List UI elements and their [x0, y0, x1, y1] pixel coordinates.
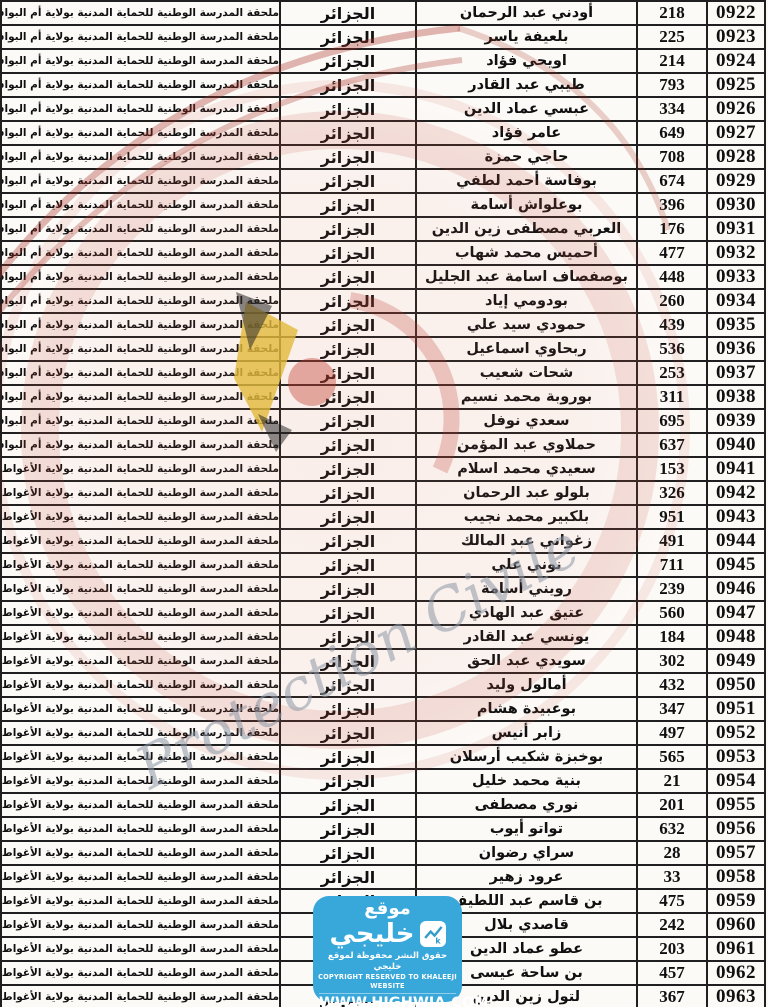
cell-school-annex: ملحقة المدرسة الوطنية للحماية المدنية بو… — [1, 553, 280, 577]
table-row: 0936 536 ربحاوي اسماعيل الجزائر ملحقة ال… — [1, 337, 765, 361]
cell-school-annex: ملحقة المدرسة الوطنية للحماية المدنية بو… — [1, 889, 280, 913]
table-row: 0956 632 تواتو أيوب الجزائر ملحقة المدرس… — [1, 817, 765, 841]
table-row: 0925 793 طيبي عبد القادر الجزائر ملحقة ا… — [1, 73, 765, 97]
khaleeji-watermark-badge: موقع خليجي k حقوق النشر محفوظة لموقع خلي… — [313, 896, 462, 1002]
cell-country: الجزائر — [280, 289, 416, 313]
cell-country: الجزائر — [280, 577, 416, 601]
cell-registration-id: 0956 — [707, 817, 765, 841]
cell-number: 637 — [637, 433, 707, 457]
cell-school-annex: ملحقة المدرسة الوطنية للحماية المدنية بو… — [1, 385, 280, 409]
cell-school-annex: ملحقة المدرسة الوطنية للحماية المدنية بو… — [1, 457, 280, 481]
cell-candidate-name: عبسي عماد الدين — [416, 97, 637, 121]
cell-candidate-name: بلكبير محمد نجيب — [416, 505, 637, 529]
table-row: 0955 201 نوري مصطفى الجزائر ملحقة المدرس… — [1, 793, 765, 817]
cell-registration-id: 0923 — [707, 25, 765, 49]
cell-number: 708 — [637, 145, 707, 169]
cell-country: الجزائر — [280, 49, 416, 73]
cell-country: الجزائر — [280, 313, 416, 337]
cell-country: الجزائر — [280, 97, 416, 121]
table-row: 0924 214 اويحي فؤاد الجزائر ملحقة المدرس… — [1, 49, 765, 73]
cell-registration-id: 0932 — [707, 241, 765, 265]
table-row: 0928 708 حاجي حمزة الجزائر ملحقة المدرسة… — [1, 145, 765, 169]
khaleeji-logo-icon: k — [420, 921, 446, 947]
cell-registration-id: 0931 — [707, 217, 765, 241]
cell-number: 367 — [637, 985, 707, 1007]
cell-registration-id: 0936 — [707, 337, 765, 361]
badge-site-label: موقع — [364, 899, 411, 919]
cell-candidate-name: نوري مصطفى — [416, 793, 637, 817]
cell-registration-id: 0959 — [707, 889, 765, 913]
table-row: 0935 439 حمودي سيد علي الجزائر ملحقة الم… — [1, 313, 765, 337]
results-table-body: 0922 218 أودني عبد الرحمان الجزائر ملحقة… — [1, 1, 765, 1007]
cell-candidate-name: عرود زهير — [416, 865, 637, 889]
cell-candidate-name: بوخبزة شكيب أرسلان — [416, 745, 637, 769]
cell-number: 176 — [637, 217, 707, 241]
cell-number: 302 — [637, 649, 707, 673]
cell-registration-id: 0947 — [707, 601, 765, 625]
cell-school-annex: ملحقة المدرسة الوطنية للحماية المدنية بو… — [1, 409, 280, 433]
table-row: 0948 184 يونسي عبد القادر الجزائر ملحقة … — [1, 625, 765, 649]
cell-country: الجزائر — [280, 241, 416, 265]
cell-candidate-name: عامر فؤاد — [416, 121, 637, 145]
cell-registration-id: 0924 — [707, 49, 765, 73]
cell-number: 565 — [637, 745, 707, 769]
cell-school-annex: ملحقة المدرسة الوطنية للحماية المدنية بو… — [1, 145, 280, 169]
cell-school-annex: ملحقة المدرسة الوطنية للحماية المدنية بو… — [1, 673, 280, 697]
cell-candidate-name: بنية محمد خليل — [416, 769, 637, 793]
results-table: 0922 218 أودني عبد الرحمان الجزائر ملحقة… — [0, 0, 766, 1007]
cell-country: الجزائر — [280, 649, 416, 673]
cell-candidate-name: بوعبيدة هشام — [416, 697, 637, 721]
table-row: 0949 302 سويدي عبد الحق الجزائر ملحقة ال… — [1, 649, 765, 673]
cell-candidate-name: بودومي إياد — [416, 289, 637, 313]
cell-school-annex: ملحقة المدرسة الوطنية للحماية المدنية بو… — [1, 49, 280, 73]
cell-registration-id: 0937 — [707, 361, 765, 385]
cell-number: 457 — [637, 961, 707, 985]
cell-school-annex: ملحقة المدرسة الوطنية للحماية المدنية بو… — [1, 1, 280, 25]
cell-candidate-name: زغواني عبد المالك — [416, 529, 637, 553]
cell-registration-id: 0946 — [707, 577, 765, 601]
cell-candidate-name: رويني أسامة — [416, 577, 637, 601]
cell-registration-id: 0933 — [707, 265, 765, 289]
table-row: 0939 695 سعدي نوفل الجزائر ملحقة المدرسة… — [1, 409, 765, 433]
cell-country: الجزائر — [280, 697, 416, 721]
cell-country: الجزائر — [280, 625, 416, 649]
cell-candidate-name: بلولو عبد الرحمان — [416, 481, 637, 505]
table-row: 0929 674 بوفاسة أحمد لطفي الجزائر ملحقة … — [1, 169, 765, 193]
cell-country: الجزائر — [280, 457, 416, 481]
cell-registration-id: 0954 — [707, 769, 765, 793]
cell-country: الجزائر — [280, 25, 416, 49]
cell-candidate-name: سعدي نوفل — [416, 409, 637, 433]
cell-candidate-name: أودني عبد الرحمان — [416, 1, 637, 25]
cell-school-annex: ملحقة المدرسة الوطنية للحماية المدنية بو… — [1, 241, 280, 265]
cell-registration-id: 0926 — [707, 97, 765, 121]
cell-school-annex: ملحقة المدرسة الوطنية للحماية المدنية بو… — [1, 217, 280, 241]
cell-school-annex: ملحقة المدرسة الوطنية للحماية المدنية بو… — [1, 337, 280, 361]
cell-candidate-name: سعيدي محمد اسلام — [416, 457, 637, 481]
cell-country: الجزائر — [280, 553, 416, 577]
cell-school-annex: ملحقة المدرسة الوطنية للحماية المدنية بو… — [1, 817, 280, 841]
badge-rights-arabic: حقوق النشر محفوظة لموقع خليجي — [313, 951, 462, 973]
cell-country: الجزائر — [280, 217, 416, 241]
cell-registration-id: 0950 — [707, 673, 765, 697]
cell-number: 260 — [637, 289, 707, 313]
cell-candidate-name: أحميس محمد شهاب — [416, 241, 637, 265]
cell-school-annex: ملحقة المدرسة الوطنية للحماية المدنية بو… — [1, 913, 280, 937]
cell-number: 33 — [637, 865, 707, 889]
cell-country: الجزائر — [280, 481, 416, 505]
cell-candidate-name: بوصفصاف اسامة عبد الجليل — [416, 265, 637, 289]
cell-registration-id: 0963 — [707, 985, 765, 1007]
table-row: 0954 21 بنية محمد خليل الجزائر ملحقة الم… — [1, 769, 765, 793]
cell-country: الجزائر — [280, 817, 416, 841]
cell-registration-id: 0943 — [707, 505, 765, 529]
cell-country: الجزائر — [280, 337, 416, 361]
cell-country: الجزائر — [280, 505, 416, 529]
cell-registration-id: 0948 — [707, 625, 765, 649]
cell-number: 439 — [637, 313, 707, 337]
table-row: 0937 253 شحات شعيب الجزائر ملحقة المدرسة… — [1, 361, 765, 385]
cell-number: 218 — [637, 1, 707, 25]
cell-number: 184 — [637, 625, 707, 649]
cell-registration-id: 0952 — [707, 721, 765, 745]
table-row: 0942 326 بلولو عبد الرحمان الجزائر ملحقة… — [1, 481, 765, 505]
cell-number: 674 — [637, 169, 707, 193]
cell-registration-id: 0944 — [707, 529, 765, 553]
cell-country: الجزائر — [280, 433, 416, 457]
cell-number: 951 — [637, 505, 707, 529]
cell-school-annex: ملحقة المدرسة الوطنية للحماية المدنية بو… — [1, 97, 280, 121]
cell-number: 334 — [637, 97, 707, 121]
table-row: 0923 225 بلعيفة ياسر الجزائر ملحقة المدر… — [1, 25, 765, 49]
cell-school-annex: ملحقة المدرسة الوطنية للحماية المدنية بو… — [1, 73, 280, 97]
cell-number: 695 — [637, 409, 707, 433]
cell-school-annex: ملحقة المدرسة الوطنية للحماية المدنية بو… — [1, 529, 280, 553]
cell-registration-id: 0958 — [707, 865, 765, 889]
cell-school-annex: ملحقة المدرسة الوطنية للحماية المدنية بو… — [1, 121, 280, 145]
cell-school-annex: ملحقة المدرسة الوطنية للحماية المدنية بو… — [1, 361, 280, 385]
table-row: 0927 649 عامر فؤاد الجزائر ملحقة المدرسة… — [1, 121, 765, 145]
cell-number: 432 — [637, 673, 707, 697]
cell-registration-id: 0939 — [707, 409, 765, 433]
cell-number: 448 — [637, 265, 707, 289]
cell-candidate-name: سراي رضوان — [416, 841, 637, 865]
table-row: 0930 396 بوعلواش أسامة الجزائر ملحقة الم… — [1, 193, 765, 217]
cell-number: 560 — [637, 601, 707, 625]
cell-number: 239 — [637, 577, 707, 601]
badge-main-row: خليجي k — [329, 919, 445, 949]
cell-country: الجزائر — [280, 169, 416, 193]
table-row: 0940 637 حملاوي عبد المؤمن الجزائر ملحقة… — [1, 433, 765, 457]
table-row: 0941 153 سعيدي محمد اسلام الجزائر ملحقة … — [1, 457, 765, 481]
cell-number: 536 — [637, 337, 707, 361]
cell-candidate-name: شحات شعيب — [416, 361, 637, 385]
cell-candidate-name: يونسي عبد القادر — [416, 625, 637, 649]
cell-country: الجزائر — [280, 409, 416, 433]
cell-country: الجزائر — [280, 673, 416, 697]
cell-candidate-name: بوعلواش أسامة — [416, 193, 637, 217]
cell-number: 491 — [637, 529, 707, 553]
cell-registration-id: 0927 — [707, 121, 765, 145]
cell-registration-id: 0930 — [707, 193, 765, 217]
cell-school-annex: ملحقة المدرسة الوطنية للحماية المدنية بو… — [1, 289, 280, 313]
cell-country: الجزائر — [280, 265, 416, 289]
cell-number: 347 — [637, 697, 707, 721]
cell-country: الجزائر — [280, 601, 416, 625]
cell-candidate-name: حملاوي عبد المؤمن — [416, 433, 637, 457]
table-row: 0938 311 بوروبة محمد نسيم الجزائر ملحقة … — [1, 385, 765, 409]
cell-registration-id: 0935 — [707, 313, 765, 337]
table-row: 0926 334 عبسي عماد الدين الجزائر ملحقة ا… — [1, 97, 765, 121]
cell-school-annex: ملحقة المدرسة الوطنية للحماية المدنية بو… — [1, 505, 280, 529]
cell-registration-id: 0951 — [707, 697, 765, 721]
cell-country: الجزائر — [280, 145, 416, 169]
table-row: 0946 239 رويني أسامة الجزائر ملحقة المدر… — [1, 577, 765, 601]
cell-number: 497 — [637, 721, 707, 745]
cell-registration-id: 0929 — [707, 169, 765, 193]
cell-country: الجزائر — [280, 361, 416, 385]
cell-registration-id: 0949 — [707, 649, 765, 673]
cell-number: 21 — [637, 769, 707, 793]
cell-country: الجزائر — [280, 73, 416, 97]
cell-registration-id: 0957 — [707, 841, 765, 865]
cell-registration-id: 0940 — [707, 433, 765, 457]
cell-candidate-name: طيبي عبد القادر — [416, 73, 637, 97]
table-row: 0945 711 نوني علي الجزائر ملحقة المدرسة … — [1, 553, 765, 577]
cell-number: 225 — [637, 25, 707, 49]
cell-number: 475 — [637, 889, 707, 913]
table-row: 0947 560 عتيق عبد الهادي الجزائر ملحقة ا… — [1, 601, 765, 625]
cell-number: 214 — [637, 49, 707, 73]
cell-candidate-name: حاجي حمزة — [416, 145, 637, 169]
table-row: 0951 347 بوعبيدة هشام الجزائر ملحقة المد… — [1, 697, 765, 721]
cell-number: 311 — [637, 385, 707, 409]
cell-country: الجزائر — [280, 793, 416, 817]
table-row: 0950 432 أمالول وليد الجزائر ملحقة المدر… — [1, 673, 765, 697]
table-row: 0934 260 بودومي إياد الجزائر ملحقة المدر… — [1, 289, 765, 313]
cell-registration-id: 0961 — [707, 937, 765, 961]
cell-registration-id: 0934 — [707, 289, 765, 313]
cell-country: الجزائر — [280, 865, 416, 889]
cell-school-annex: ملحقة المدرسة الوطنية للحماية المدنية بو… — [1, 433, 280, 457]
badge-website-url: WWW.HIGHWIA.COM — [319, 993, 456, 1007]
cell-country: الجزائر — [280, 745, 416, 769]
cell-number: 649 — [637, 121, 707, 145]
cell-school-annex: ملحقة المدرسة الوطنية للحماية المدنية بو… — [1, 625, 280, 649]
cell-registration-id: 0938 — [707, 385, 765, 409]
cell-number: 477 — [637, 241, 707, 265]
cell-registration-id: 0928 — [707, 145, 765, 169]
table-row: 0943 951 بلكبير محمد نجيب الجزائر ملحقة … — [1, 505, 765, 529]
cell-country: الجزائر — [280, 769, 416, 793]
cell-school-annex: ملحقة المدرسة الوطنية للحماية المدنية بو… — [1, 985, 280, 1007]
table-row: 0957 28 سراي رضوان الجزائر ملحقة المدرسة… — [1, 841, 765, 865]
cell-school-annex: ملحقة المدرسة الوطنية للحماية المدنية بو… — [1, 721, 280, 745]
cell-registration-id: 0960 — [707, 913, 765, 937]
cell-candidate-name: اويحي فؤاد — [416, 49, 637, 73]
table-row: 0958 33 عرود زهير الجزائر ملحقة المدرسة … — [1, 865, 765, 889]
cell-number: 793 — [637, 73, 707, 97]
cell-registration-id: 0955 — [707, 793, 765, 817]
cell-school-annex: ملحقة المدرسة الوطنية للحماية المدنية بو… — [1, 649, 280, 673]
cell-candidate-name: العربي مصطفى زين الدين — [416, 217, 637, 241]
cell-school-annex: ملحقة المدرسة الوطنية للحماية المدنية بو… — [1, 481, 280, 505]
cell-number: 326 — [637, 481, 707, 505]
table-row: 0933 448 بوصفصاف اسامة عبد الجليل الجزائ… — [1, 265, 765, 289]
cell-country: الجزائر — [280, 385, 416, 409]
cell-school-annex: ملحقة المدرسة الوطنية للحماية المدنية بو… — [1, 601, 280, 625]
cell-number: 396 — [637, 193, 707, 217]
cell-candidate-name: عتيق عبد الهادي — [416, 601, 637, 625]
badge-site-name: خليجي — [329, 919, 414, 949]
cell-country: الجزائر — [280, 841, 416, 865]
cell-number: 711 — [637, 553, 707, 577]
cell-registration-id: 0925 — [707, 73, 765, 97]
cell-candidate-name: أمالول وليد — [416, 673, 637, 697]
cell-registration-id: 0922 — [707, 1, 765, 25]
cell-registration-id: 0953 — [707, 745, 765, 769]
cell-candidate-name: ربحاوي اسماعيل — [416, 337, 637, 361]
cell-school-annex: ملحقة المدرسة الوطنية للحماية المدنية بو… — [1, 577, 280, 601]
cell-number: 253 — [637, 361, 707, 385]
cell-registration-id: 0945 — [707, 553, 765, 577]
cell-candidate-name: بوروبة محمد نسيم — [416, 385, 637, 409]
cell-country: الجزائر — [280, 721, 416, 745]
cell-school-annex: ملحقة المدرسة الوطنية للحماية المدنية بو… — [1, 793, 280, 817]
cell-number: 201 — [637, 793, 707, 817]
cell-number: 203 — [637, 937, 707, 961]
scanned-document-page: 0922 218 أودني عبد الرحمان الجزائر ملحقة… — [0, 0, 768, 1007]
cell-school-annex: ملحقة المدرسة الوطنية للحماية المدنية بو… — [1, 865, 280, 889]
cell-school-annex: ملحقة المدرسة الوطنية للحماية المدنية بو… — [1, 769, 280, 793]
table-row: 0953 565 بوخبزة شكيب أرسلان الجزائر ملحق… — [1, 745, 765, 769]
cell-country: الجزائر — [280, 193, 416, 217]
table-row: 0922 218 أودني عبد الرحمان الجزائر ملحقة… — [1, 1, 765, 25]
table-row: 0944 491 زغواني عبد المالك الجزائر ملحقة… — [1, 529, 765, 553]
cell-school-annex: ملحقة المدرسة الوطنية للحماية المدنية بو… — [1, 169, 280, 193]
cell-country: الجزائر — [280, 529, 416, 553]
cell-school-annex: ملحقة المدرسة الوطنية للحماية المدنية بو… — [1, 265, 280, 289]
cell-number: 153 — [637, 457, 707, 481]
cell-school-annex: ملحقة المدرسة الوطنية للحماية المدنية بو… — [1, 697, 280, 721]
cell-school-annex: ملحقة المدرسة الوطنية للحماية المدنية بو… — [1, 937, 280, 961]
svg-text:k: k — [435, 936, 441, 945]
cell-number: 28 — [637, 841, 707, 865]
cell-school-annex: ملحقة المدرسة الوطنية للحماية المدنية بو… — [1, 25, 280, 49]
cell-country: الجزائر — [280, 1, 416, 25]
cell-number: 632 — [637, 817, 707, 841]
cell-candidate-name: زابر أنيس — [416, 721, 637, 745]
cell-registration-id: 0962 — [707, 961, 765, 985]
cell-candidate-name: بلعيفة ياسر — [416, 25, 637, 49]
cell-candidate-name: نوني علي — [416, 553, 637, 577]
cell-school-annex: ملحقة المدرسة الوطنية للحماية المدنية بو… — [1, 313, 280, 337]
table-row: 0952 497 زابر أنيس الجزائر ملحقة المدرسة… — [1, 721, 765, 745]
cell-school-annex: ملحقة المدرسة الوطنية للحماية المدنية بو… — [1, 961, 280, 985]
cell-school-annex: ملحقة المدرسة الوطنية للحماية المدنية بو… — [1, 745, 280, 769]
cell-number: 242 — [637, 913, 707, 937]
cell-registration-id: 0941 — [707, 457, 765, 481]
cell-school-annex: ملحقة المدرسة الوطنية للحماية المدنية بو… — [1, 193, 280, 217]
badge-rights-english: COPYRIGHT RESERVED TO KHALEEJI WEBSITE — [313, 973, 462, 991]
cell-school-annex: ملحقة المدرسة الوطنية للحماية المدنية بو… — [1, 841, 280, 865]
cell-candidate-name: سويدي عبد الحق — [416, 649, 637, 673]
cell-candidate-name: بوفاسة أحمد لطفي — [416, 169, 637, 193]
cell-candidate-name: حمودي سيد علي — [416, 313, 637, 337]
cell-candidate-name: تواتو أيوب — [416, 817, 637, 841]
cell-registration-id: 0942 — [707, 481, 765, 505]
table-row: 0932 477 أحميس محمد شهاب الجزائر ملحقة ا… — [1, 241, 765, 265]
table-row: 0931 176 العربي مصطفى زين الدين الجزائر … — [1, 217, 765, 241]
cell-country: الجزائر — [280, 121, 416, 145]
